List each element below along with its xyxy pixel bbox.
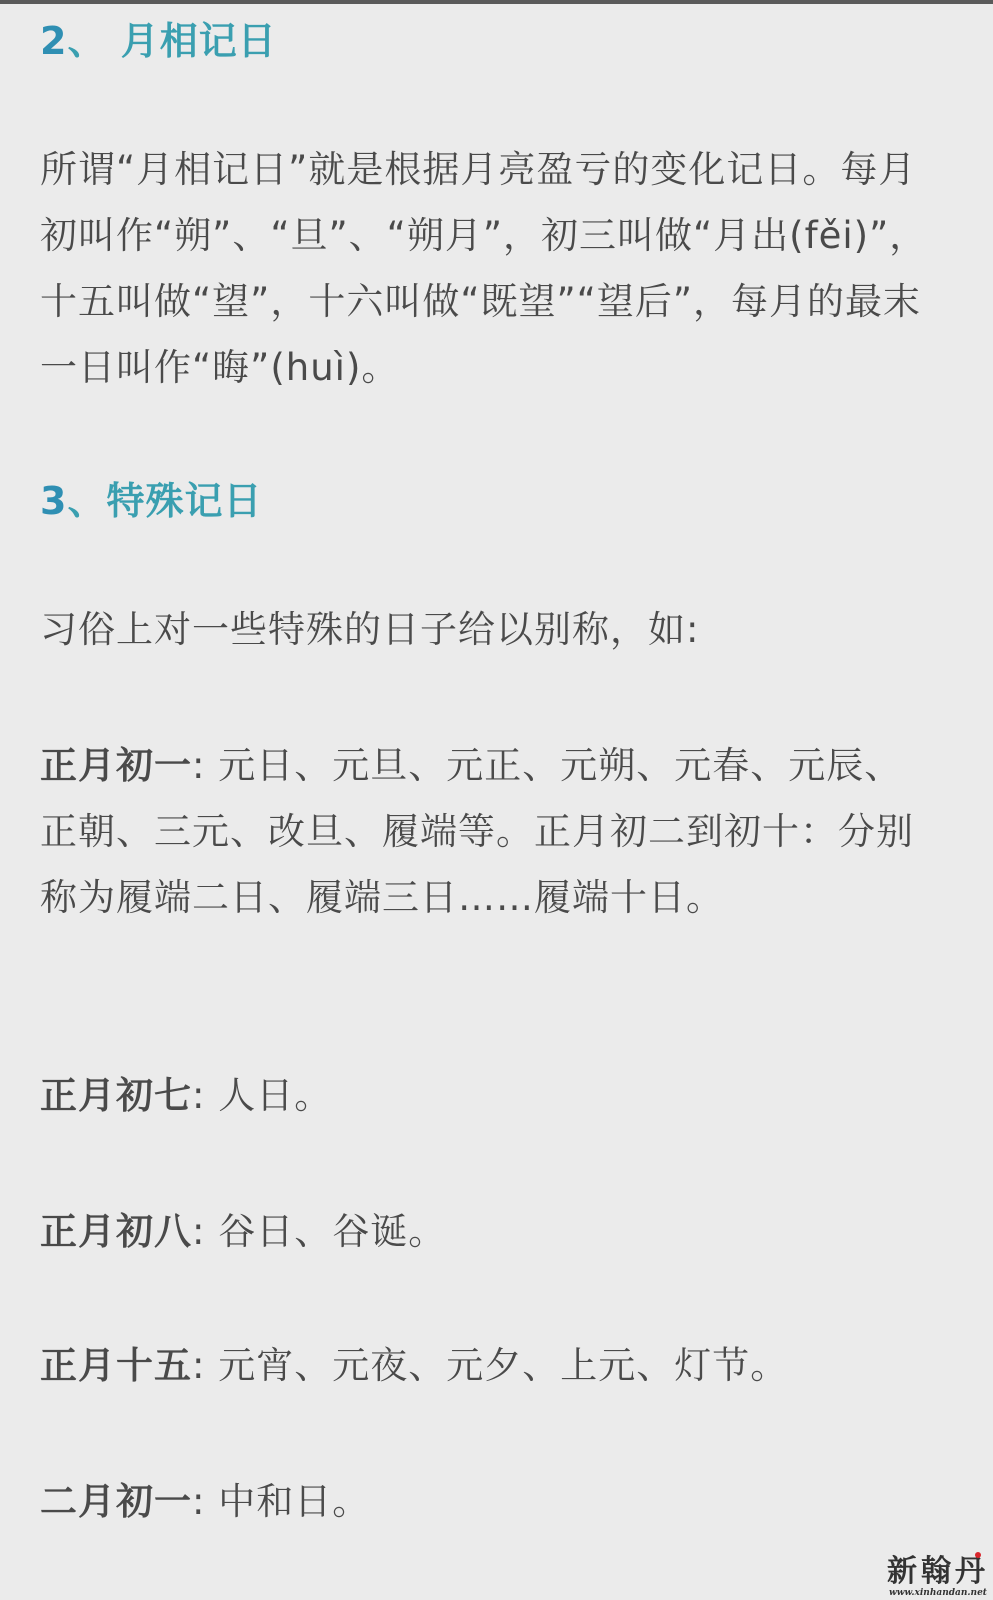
heading-separator: 、 bbox=[67, 479, 106, 523]
heading-number: 2 bbox=[40, 19, 67, 63]
heading-separator: 、 bbox=[67, 19, 106, 63]
section-2-paragraph: 所谓“月相记日”就是根据月亮盈亏的变化记日。每月初叫作“朔”、“旦”、“朔月”，… bbox=[40, 137, 940, 401]
watermark-name: 新翰丹 bbox=[887, 1546, 989, 1590]
entry-colon: : bbox=[192, 1344, 205, 1387]
entry-label: 正月初八 bbox=[40, 1210, 192, 1253]
heading-number: 3 bbox=[40, 479, 67, 523]
entry-text: 元宵、元夜、元夕、上元、灯节。 bbox=[218, 1344, 788, 1387]
entry-zhengyue-chuyi: 正月初一: 元日、元旦、元正、元朔、元春、元辰、正朝、三元、改旦、履端等。正月初… bbox=[40, 733, 940, 931]
entry-colon: : bbox=[192, 1210, 205, 1253]
entry-label: 正月初七 bbox=[40, 1074, 192, 1117]
red-dot-icon bbox=[975, 1552, 981, 1558]
entry-text: 中和日。 bbox=[218, 1480, 370, 1523]
entry-label: 正月初一 bbox=[40, 744, 192, 787]
entry-text: 谷日、谷诞。 bbox=[218, 1210, 446, 1253]
entry-label: 二月初一 bbox=[40, 1480, 192, 1523]
entry-colon: : bbox=[192, 744, 205, 787]
entry-colon: : bbox=[192, 1480, 205, 1523]
heading-text: 月相记日 bbox=[121, 19, 277, 63]
entry-zhengyue-chuba: 正月初八: 谷日、谷诞。 bbox=[40, 1199, 940, 1265]
section-2-heading: 2、 月相记日 bbox=[40, 22, 277, 60]
entry-label: 正月十五 bbox=[40, 1344, 192, 1387]
entry-zhengyue-chuqi: 正月初七: 人日。 bbox=[40, 1063, 940, 1129]
entry-zhengyue-shiwu: 正月十五: 元宵、元夜、元夕、上元、灯节。 bbox=[40, 1333, 940, 1399]
top-border bbox=[0, 0, 993, 4]
entry-colon: : bbox=[192, 1074, 205, 1117]
section-3-intro: 习俗上对一些特殊的日子给以别称，如: bbox=[40, 597, 940, 663]
heading-text: 特殊记日 bbox=[106, 479, 262, 523]
entry-eryue-chuyi: 二月初一: 中和日。 bbox=[40, 1469, 940, 1535]
entry-text: 人日。 bbox=[218, 1074, 332, 1117]
watermark-name-text: 新翰丹 bbox=[887, 1554, 989, 1589]
section-3-heading: 3、特殊记日 bbox=[40, 482, 262, 520]
watermark-logo: 新翰丹 www.xinhandan.net bbox=[887, 1546, 989, 1598]
